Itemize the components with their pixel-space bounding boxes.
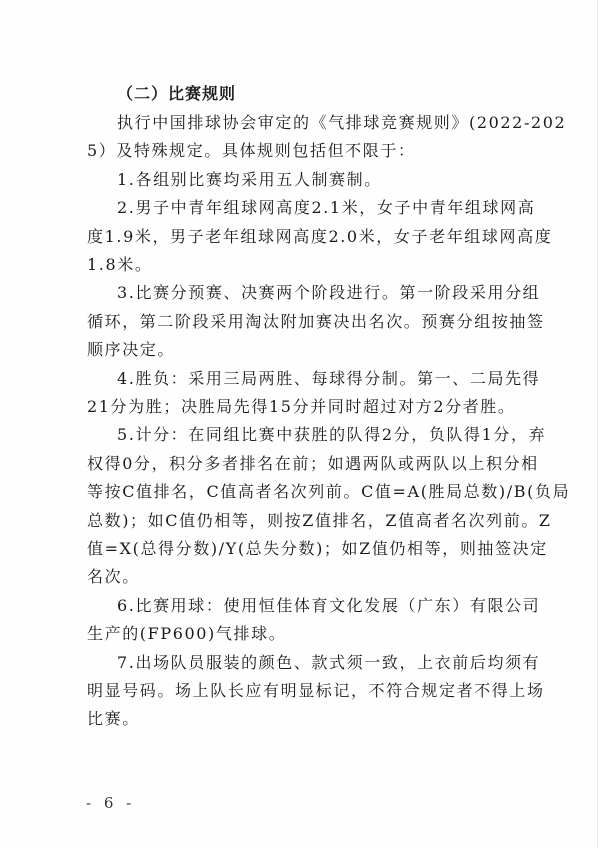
body-text-line: 7.出场队员服装的颜色、款式须一致，上衣前后均须有: [117, 653, 540, 673]
body-text-line: 1.各组别比赛均采用五人制赛制。: [117, 170, 382, 190]
body-text-line: 明显号码。场上队长应有明显标记，不符合规定者不得上场: [87, 681, 545, 701]
document-page: （二）比赛规则 执行中国排球协会审定的《气排球竞赛规则》(2022-2025）及…: [0, 0, 600, 848]
body-text-line: 21分为胜；决胜局先得15分并同时超过对方2分者胜。: [87, 397, 516, 417]
body-text-line: 名次。: [87, 567, 140, 587]
body-text-line: 权得0分，积分多者排名在前；如遇两队或两队以上积分相: [87, 454, 539, 474]
scan-edge-line: [597, 0, 598, 848]
body-text-line: 循环，第二阶段采用淘汰附加赛决出名次。预赛分组按抽签: [87, 312, 545, 332]
body-text-line: 5）及特殊规定。具体规则包括但不限于：: [87, 141, 416, 161]
body-text-line: 6.比赛用球：使用恒佳体育文化发展（广东）有限公司: [117, 596, 540, 616]
body-text-line: 1.8米。: [87, 255, 152, 275]
page-number: - 6 -: [86, 794, 135, 812]
body-text-line: 总数)；如C值仍相等，则按Z值排名，Z值高者名次列前。Z: [87, 511, 552, 531]
body-text-line: 度1.9米，男子老年组球网高度2.0米，女子老年组球网高度: [87, 227, 552, 247]
body-text-line: 2.男子中青年组球网高度2.1米，女子中青年组球网高: [117, 198, 535, 218]
section-heading: （二）比赛规则: [117, 84, 236, 104]
body-text-line: 5.计分：在同组比赛中获胜的队得2分，负队得1分，弃: [117, 425, 546, 445]
body-text-line: 等按C值排名，C值高者名次列前。C值=A(胜局总数)/B(负局: [87, 482, 570, 502]
body-text-line: 顺序决定。: [87, 340, 175, 360]
body-text-line: 4.胜负：采用三局两胜、每球得分制。第一、二局先得: [117, 369, 540, 389]
body-text-line: 3.比赛分预赛、决赛两个阶段进行。第一阶段采用分组: [117, 283, 540, 303]
body-text-line: 比赛。: [87, 709, 140, 729]
body-text-line: 生产的(FP600)气排球。: [87, 624, 286, 644]
body-text-line: 执行中国排球协会审定的《气排球竞赛规则》(2022-202: [117, 113, 566, 133]
body-text-line: 值=X(总得分数)/Y(总失分数)；如Z值仍相等，则抽签决定: [87, 539, 548, 559]
